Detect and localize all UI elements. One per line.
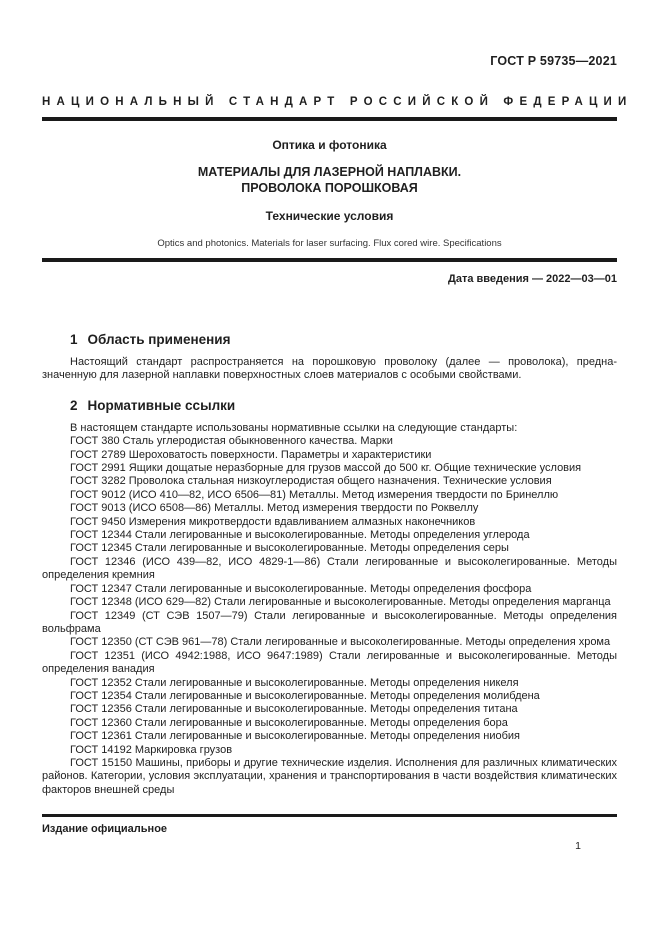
page-footer: Издание официальное 1 bbox=[42, 814, 617, 852]
reference-item: ГОСТ 12354 Стали легированные и высоколе… bbox=[42, 690, 617, 703]
document-title: МАТЕРИАЛЫ ДЛЯ ЛАЗЕРНОЙ НАПЛАВКИ. ПРОВОЛО… bbox=[42, 165, 617, 196]
footer-rule bbox=[42, 814, 617, 817]
section-2-heading: 2Нормативные ссылки bbox=[42, 398, 617, 413]
reference-item: ГОСТ 12348 (ИСО 629—82) Стали легированн… bbox=[42, 596, 617, 609]
reference-item: ГОСТ 9012 (ИСО 410—82, ИСО 6506—81) Мета… bbox=[42, 489, 617, 502]
reference-item: ГОСТ 12360 Стали легированные и высоколе… bbox=[42, 717, 617, 730]
reference-item: ГОСТ 12351 (ИСО 4942:1988, ИСО 9647:1989… bbox=[42, 650, 617, 677]
header-divider-rule bbox=[42, 117, 617, 121]
edition-note: Издание официальное bbox=[42, 823, 617, 835]
reference-item: ГОСТ 2991 Ящики дощатые неразборные для … bbox=[42, 462, 617, 475]
section-1-heading: 1Область применения bbox=[42, 332, 617, 347]
section-2-number: 2 bbox=[70, 398, 78, 413]
reference-item: ГОСТ 12347 Стали легированные и высоколе… bbox=[42, 583, 617, 596]
section-2-title: Нормативные ссылки bbox=[88, 398, 236, 413]
doc-code: ГОСТ Р 59735—2021 bbox=[42, 54, 617, 68]
reference-item: ГОСТ 12345 Стали легированные и высоколе… bbox=[42, 542, 617, 555]
page-content: ГОСТ Р 59735—2021 НАЦИОНАЛЬНЫЙ СТАНДАРТ … bbox=[42, 0, 617, 797]
document-subtitle: Технические условия bbox=[42, 209, 617, 223]
references-list: ГОСТ 380 Сталь углеродистая обыкновенног… bbox=[42, 435, 617, 797]
section-2-intro: В настоящем стандарте использованы норма… bbox=[42, 422, 617, 435]
reference-item: ГОСТ 12350 (СТ СЭВ 961—78) Стали легиров… bbox=[42, 636, 617, 649]
reference-item: ГОСТ 380 Сталь углеродистая обыкновенног… bbox=[42, 435, 617, 448]
subject-area: Оптика и фотоника bbox=[42, 138, 617, 152]
reference-item: ГОСТ 15150 Машины, приборы и другие техн… bbox=[42, 757, 617, 797]
reference-item: ГОСТ 2789 Шероховатость поверхности. Пар… bbox=[42, 449, 617, 462]
reference-item: ГОСТ 14192 Маркировка грузов bbox=[42, 744, 617, 757]
page-number: 1 bbox=[42, 840, 617, 852]
effective-date: Дата введения — 2022—03—01 bbox=[42, 273, 617, 285]
date-divider-rule bbox=[42, 258, 617, 262]
reference-item: ГОСТ 9013 (ИСО 6508—86) Металлы. Метод и… bbox=[42, 502, 617, 515]
title-english: Optics and photonics. Materials for lase… bbox=[42, 238, 617, 249]
national-standard-banner: НАЦИОНАЛЬНЫЙ СТАНДАРТ РОССИЙСКОЙ ФЕДЕРАЦ… bbox=[42, 96, 623, 108]
section-1-paragraph: Настоящий стандарт распространяется на п… bbox=[42, 356, 617, 383]
reference-item: ГОСТ 9450 Измерения микротвердости вдавл… bbox=[42, 516, 617, 529]
reference-item: ГОСТ 12349 (СТ СЭВ 1507—79) Стали легиро… bbox=[42, 610, 617, 637]
reference-item: ГОСТ 12346 (ИСО 439—82, ИСО 4829-1—86) С… bbox=[42, 556, 617, 583]
reference-item: ГОСТ 12352 Стали легированные и высоколе… bbox=[42, 677, 617, 690]
reference-item: ГОСТ 12361 Стали легированные и высоколе… bbox=[42, 730, 617, 743]
document-title-line-1: МАТЕРИАЛЫ ДЛЯ ЛАЗЕРНОЙ НАПЛАВКИ. bbox=[42, 165, 617, 181]
document-title-line-2: ПРОВОЛОКА ПОРОШКОВАЯ bbox=[42, 181, 617, 197]
document-page: ГОСТ Р 59735—2021 НАЦИОНАЛЬНЫЙ СТАНДАРТ … bbox=[0, 0, 661, 935]
section-1-number: 1 bbox=[70, 332, 78, 347]
reference-item: ГОСТ 12344 Стали легированные и высоколе… bbox=[42, 529, 617, 542]
reference-item: ГОСТ 3282 Проволока стальная низкоуглеро… bbox=[42, 475, 617, 488]
section-1-title: Область применения bbox=[88, 332, 231, 347]
reference-item: ГОСТ 12356 Стали легированные и высоколе… bbox=[42, 703, 617, 716]
